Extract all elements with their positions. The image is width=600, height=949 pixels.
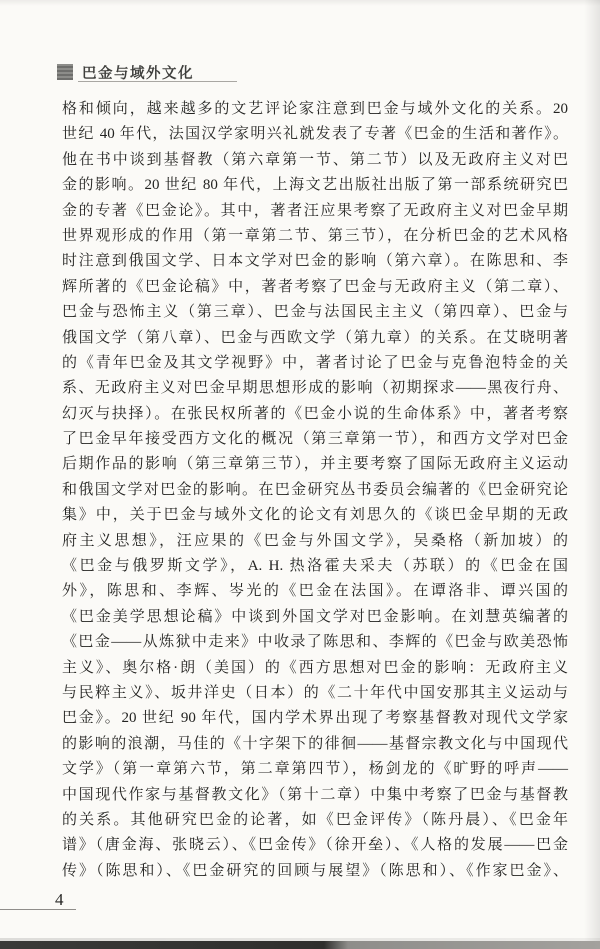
text-line: 《巴金——从炼狱中走来》中收录了陈思和、李辉的《巴金与欧美恐怖 <box>62 630 568 655</box>
text-line: 金的影响。20 世纪 80 年代，上海文艺出版社出版了第一部系统研究巴 <box>62 173 568 198</box>
text-line: 的《青年巴金及其文学视野》中，著者讨论了巴金与克鲁泡特金的关 <box>62 351 568 376</box>
text-line: 时注意到俄国文学、日本文学对巴金的影响（第六章）。在陈思和、李 <box>62 249 568 274</box>
text-line: 和俄国文学对巴金的影响。在巴金研究丛书委员会编著的《巴金研究论 <box>62 478 568 503</box>
footer-rule <box>0 909 76 910</box>
text-line: 与民粹主义》、坂井洋史（日本）的《二十年代中国安那其主义运动与 <box>62 681 568 706</box>
text-line: 外》，陈思和、李辉、岑光的《巴金在法国》。在谭洛非、谭兴国的 <box>62 579 568 604</box>
section-marker-icon <box>57 64 73 80</box>
text-line: 辉所著的《巴金论稿》中，著者考察了巴金与无政府主义（第二章）、 <box>62 275 568 300</box>
text-line: 府主义思想》，汪应果的《巴金与外国文学》，吴桑格（新加坡）的 <box>62 529 568 554</box>
text-line: 中国现代作家与基督教文化》（第十二章）中集中考察了巴金与基督教 <box>62 783 568 808</box>
text-line: 世纪 40 年代，法国汉学家明兴礼就发表了专著《巴金的生活和著作》。 <box>62 122 568 147</box>
text-line: 金的专著《巴金论》。其中，著者汪应果考察了无政府主义对巴金早期 <box>62 199 568 224</box>
text-line: 了巴金早年接受西方文化的概况（第三章第一节），和西方文学对巴金 <box>62 427 568 452</box>
text-line: 他在书中谈到基督教（第六章第一节、第二节）以及无政府主义对巴 <box>62 148 568 173</box>
text-line: 的影响的浪潮，马佳的《十字架下的徘徊——基督宗教文化与中国现代 <box>62 732 568 757</box>
page-number: 4 <box>55 890 64 910</box>
header-rule <box>78 81 237 82</box>
text-line: 主义》、奥尔格·朗（美国）的《西方思想对巴金的影响：无政府主义 <box>62 656 568 681</box>
scan-right-shadow <box>584 0 600 949</box>
text-line: 巴金与恐怖主义（第三章）、巴金与法国民主主义（第四章）、巴金与 <box>62 300 568 325</box>
text-line: 传》（陈思和）、《巴金研究的回顾与展望》（陈思和）、《作家巴金》、 <box>62 859 568 884</box>
text-line: 的关系。其他研究巴金的论著，如《巴金评传》（陈丹晨）、《巴金年 <box>62 808 568 833</box>
text-line: 谱》（唐金海、张晓云）、《巴金传》（徐开垒）、《人格的发展——巴金 <box>62 833 568 858</box>
scan-edge-band <box>0 941 600 949</box>
book-page: 巴金与域外文化 格和倾向，越来越多的文艺评论家注意到巴金与域外文化的关系。20世… <box>0 0 600 949</box>
running-header-title: 巴金与域外文化 <box>82 62 194 83</box>
text-line: 集》中，关于巴金与域外文化的论文有刘思久的《谈巴金早期的无政 <box>62 503 568 528</box>
scan-top-shadow <box>0 0 600 6</box>
text-line: 后期作品的影响（第三章第三节），并主要考察了国际无政府主义运动 <box>62 452 568 477</box>
text-line: 文学》（第一章第六节，第二章第四节），杨剑龙的《旷野的呼声—— <box>62 757 568 782</box>
text-line: 世界观形成的作用（第一章第二节、第三节），在分析巴金的艺术风格 <box>62 224 568 249</box>
running-header: 巴金与域外文化 <box>57 61 194 83</box>
text-line: 《巴金与俄罗斯文学》，A. H. 热洛霍夫采夫（苏联）的《巴金在国 <box>62 554 568 579</box>
text-line: 格和倾向，越来越多的文艺评论家注意到巴金与域外文化的关系。20 <box>62 97 568 122</box>
text-line: 巴金》。20 世纪 90 年代，国内学术界出现了考察基督教对现代文学家 <box>62 706 568 731</box>
text-line: 《巴金美学思想论稿》中谈到外国文学对巴金影响。在刘慧英编著的 <box>62 605 568 630</box>
text-line: 幻灭与抉择）。在张民权所著的《巴金小说的生命体系》中，著者考察 <box>62 402 568 427</box>
text-line: 系、无政府主义对巴金早期思想形成的影响（初期探求——黑夜行舟、 <box>62 376 568 401</box>
text-line: 俄国文学（第八章）、巴金与西欧文学（第九章）的关系。在艾晓明著 <box>62 326 568 351</box>
body-text: 格和倾向，越来越多的文艺评论家注意到巴金与域外文化的关系。20世纪 40 年代，… <box>62 97 568 884</box>
